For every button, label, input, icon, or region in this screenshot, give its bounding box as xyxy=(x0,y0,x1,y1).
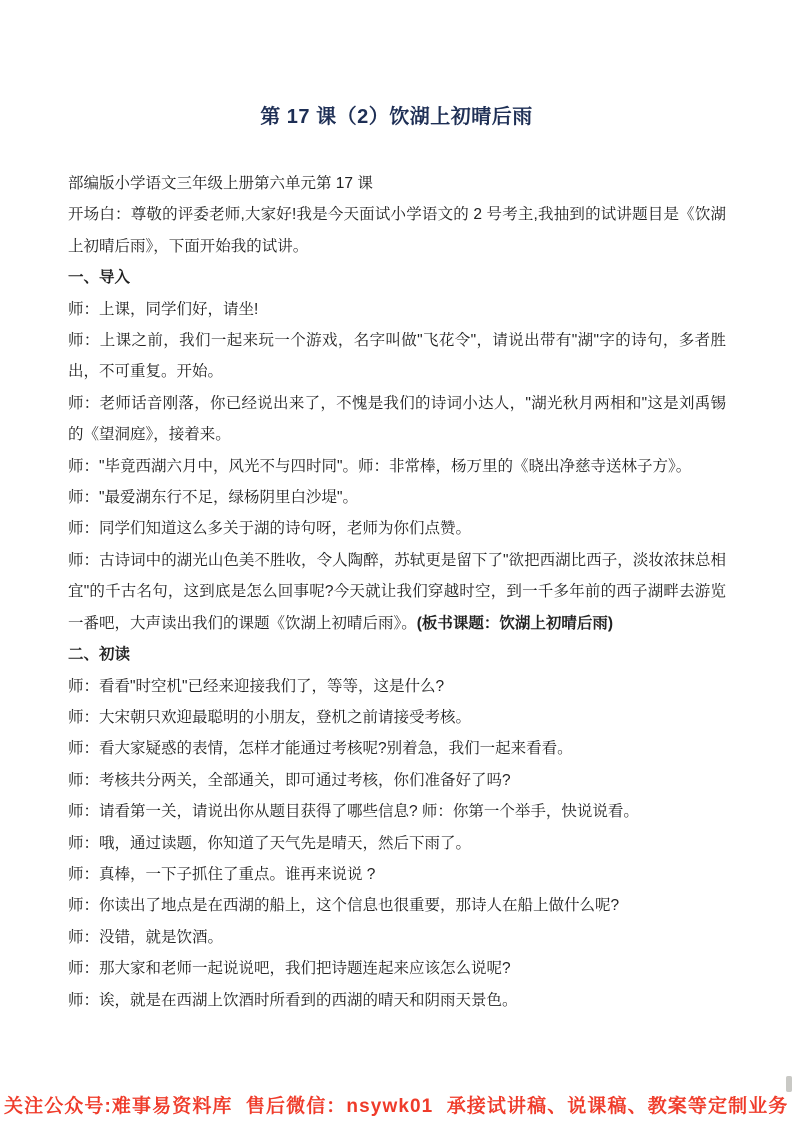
paragraph-text: 师：考核共分两关，全部通关，即可通过考核，你们准备好了吗? xyxy=(68,772,511,789)
script-paragraph: 师：真棒，一下子抓住了重点。谁再来说说 ? xyxy=(68,859,726,890)
paragraph-text: 开场白：尊敬的评委老师,大家好!我是今天面试小学语文的 2 号考主,我抽到的试讲… xyxy=(68,206,726,254)
script-paragraph: 师：上课，同学们好，请坐! xyxy=(68,294,726,325)
script-paragraph: 师：古诗词中的湖光山色美不胜收，令人陶醉，苏轼更是留下了"欲把西湖比西子，淡妆浓… xyxy=(68,545,726,639)
script-paragraph: 师：上课之前，我们一起来玩一个游戏，名字叫做"飞花令"，请说出带有"湖"字的诗句… xyxy=(68,325,726,388)
paragraph-text: 师：看大家疑惑的表情，怎样才能通过考核呢?别着急，我们一起来看看。 xyxy=(68,740,573,757)
script-paragraph: 师：哦，通过读题，你知道了天气先是晴天，然后下雨了。 xyxy=(68,828,726,859)
section-heading: 二、初读 xyxy=(68,639,726,670)
script-paragraph: 师：大宋朝只欢迎最聪明的小朋友，登机之前请接受考核。 xyxy=(68,702,726,733)
paragraph-text: 师：请看第一关，请说出你从题目获得了哪些信息? 师：你第一个举手，快说说看。 xyxy=(68,803,639,820)
script-paragraph: 师：老师话音刚落，你已经说出来了，不愧是我们的诗词小达人，"湖光秋月两相和"这是… xyxy=(68,388,726,451)
script-paragraph: 师：诶，就是在西湖上饮酒时所看到的西湖的晴天和阴雨天景色。 xyxy=(68,985,726,1016)
script-paragraph: 师：看看"时空机"已经来迎接我们了，等等，这是什么? xyxy=(68,671,726,702)
script-paragraph: 师："毕竟西湖六月中，风光不与四时同"。师：非常棒，杨万里的《晓出净慈寺送林子方… xyxy=(68,451,726,482)
script-paragraph: 师：你读出了地点是在西湖的船上，这个信息也很重要，那诗人在船上做什么呢? xyxy=(68,890,726,921)
paragraph-text: 师：上课之前，我们一起来玩一个游戏，名字叫做"飞花令"，请说出带有"湖"字的诗句… xyxy=(68,332,726,380)
script-paragraph: 师："最爱湖东行不足，绿杨阴里白沙堤"。 xyxy=(68,482,726,513)
page-title: 第 17 课（2）饮湖上初晴后雨 xyxy=(0,100,793,129)
paragraph-text: 师：上课，同学们好，请坐! xyxy=(68,301,258,318)
paragraph-text: 师：同学们知道这么多关于湖的诗句呀，老师为你们点赞。 xyxy=(68,520,471,537)
section-heading: 一、导入 xyxy=(68,262,726,293)
script-paragraph: 师：看大家疑惑的表情，怎样才能通过考核呢?别着急，我们一起来看看。 xyxy=(68,733,726,764)
script-paragraph: 师：同学们知道这么多关于湖的诗句呀，老师为你们点赞。 xyxy=(68,513,726,544)
paragraph-text: 师：哦，通过读题，你知道了天气先是晴天，然后下雨了。 xyxy=(68,835,471,852)
paragraph-text: 师：诶，就是在西湖上饮酒时所看到的西湖的晴天和阴雨天景色。 xyxy=(68,992,518,1009)
script-paragraph: 师：那大家和老师一起说说吧，我们把诗题连起来应该怎么说呢? xyxy=(68,953,726,984)
script-paragraph: 师：没错，就是饮酒。 xyxy=(68,922,726,953)
script-paragraph: 开场白：尊敬的评委老师,大家好!我是今天面试小学语文的 2 号考主,我抽到的试讲… xyxy=(68,199,726,262)
promo-footer-text: 关注公众号:难事易资料库 售后微信：nsywk01 承接试讲稿、说课稿、教案等定… xyxy=(4,1091,791,1118)
paragraph-text: 一、导入 xyxy=(68,269,130,286)
script-paragraph: 师：考核共分两关，全部通关，即可通过考核，你们准备好了吗? xyxy=(68,765,726,796)
paragraph-text: 师："最爱湖东行不足，绿杨阴里白沙堤"。 xyxy=(68,489,358,506)
board-note-bold: (板书课题：饮湖上初晴后雨) xyxy=(417,615,613,632)
paragraph-text: 师：你读出了地点是在西湖的船上，这个信息也很重要，那诗人在船上做什么呢? xyxy=(68,897,619,914)
paragraph-text: 部编版小学语文三年级上册第六单元第 17 课 xyxy=(68,175,373,192)
paragraph-text: 师："毕竟西湖六月中，风光不与四时同"。师：非常棒，杨万里的《晓出净慈寺送林子方… xyxy=(68,458,691,475)
script-paragraph: 师：请看第一关，请说出你从题目获得了哪些信息? 师：你第一个举手，快说说看。 xyxy=(68,796,726,827)
paragraph-text: 师：真棒，一下子抓住了重点。谁再来说说 ? xyxy=(68,866,375,883)
paragraph-text: 师：大宋朝只欢迎最聪明的小朋友，登机之前请接受考核。 xyxy=(68,709,471,726)
paragraph-text: 师：看看"时空机"已经来迎接我们了，等等，这是什么? xyxy=(68,678,444,695)
script-paragraph: 部编版小学语文三年级上册第六单元第 17 课 xyxy=(68,168,726,199)
scrollbar-thumb[interactable] xyxy=(786,1076,792,1092)
paragraph-text: 师：古诗词中的湖光山色美不胜收，令人陶醉，苏轼更是留下了"欲把西湖比西子，淡妆浓… xyxy=(68,552,726,632)
paragraph-text: 师：那大家和老师一起说说吧，我们把诗题连起来应该怎么说呢? xyxy=(68,960,511,977)
document-page: 第 17 课（2）饮湖上初晴后雨 部编版小学语文三年级上册第六单元第 17 课开… xyxy=(0,0,793,1122)
document-body: 部编版小学语文三年级上册第六单元第 17 课开场白：尊敬的评委老师,大家好!我是… xyxy=(68,168,726,1016)
paragraph-text: 师：没错，就是饮酒。 xyxy=(68,929,223,946)
paragraph-text: 师：老师话音刚落，你已经说出来了，不愧是我们的诗词小达人，"湖光秋月两相和"这是… xyxy=(68,395,726,443)
paragraph-text: 二、初读 xyxy=(68,646,130,663)
